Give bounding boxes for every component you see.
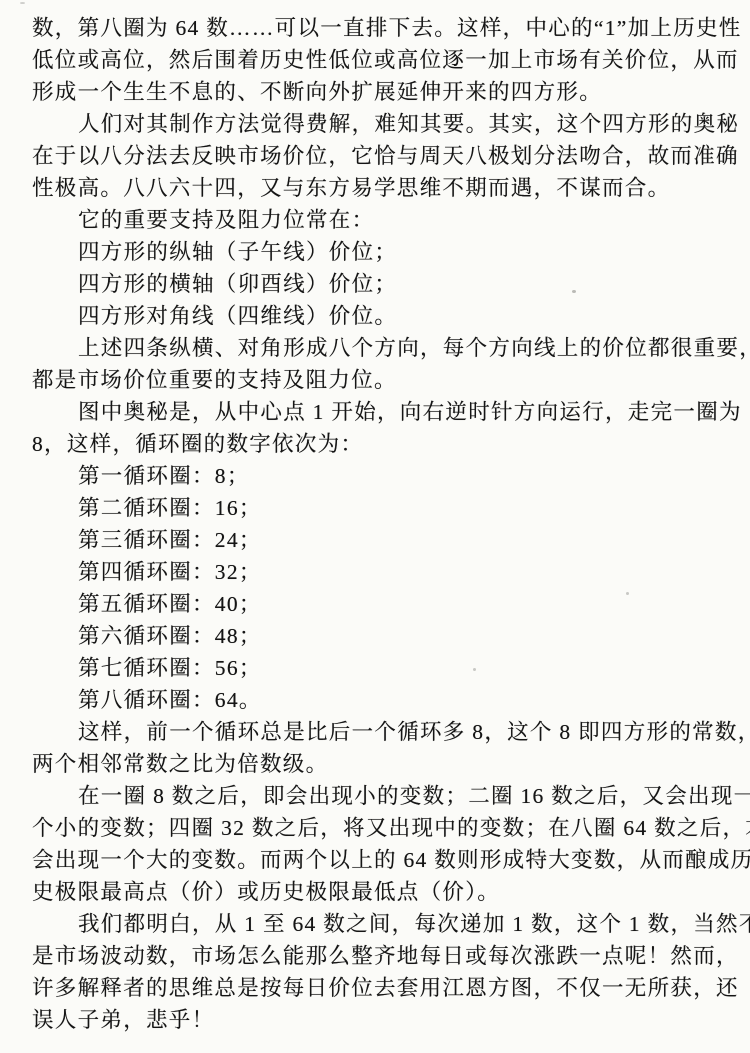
text-line: 数，第八圈为 64 数……可以一直排下去。这样，中心的“1”加上历史性	[32, 12, 722, 44]
text-line: 两个相邻常数之比为倍数级。	[32, 748, 722, 780]
text-line: 是市场波动数，市场怎么能那么整齐地每日或每次涨跌一点呢！然而，	[32, 940, 722, 972]
text-line: 第七循环圈：56；	[32, 652, 722, 684]
text-line: 这样，前一个循环总是比后一个循环多 8，这个 8 即四方形的常数，	[32, 716, 722, 748]
text-line: 第六循环圈：48；	[32, 620, 722, 652]
text-line: 许多解释者的思维总是按每日价位去套用江恩方图，不仅一无所获，还	[32, 972, 722, 1004]
text-line: 8，这样，循环圈的数字依次为：	[32, 428, 722, 460]
text-line: 误人子弟，悲乎！	[32, 1004, 722, 1036]
text-line: 它的重要支持及阻力位常在：	[32, 204, 722, 236]
text-line: 四方形对角线（四维线）价位。	[32, 300, 722, 332]
text-line: 性极高。八八六十四，又与东方易学思维不期而遇，不谋而合。	[32, 172, 722, 204]
text-line: 在一圈 8 数之后，即会出现小的变数；二圈 16 数之后，又会出现一	[32, 780, 722, 812]
scanned-book-page: 数，第八圈为 64 数……可以一直排下去。这样，中心的“1”加上历史性 低位或高…	[0, 0, 750, 1053]
text-line: 第八循环圈：64。	[32, 684, 722, 716]
text-line: 上述四条纵横、对角形成八个方向，每个方向线上的价位都很重要，	[32, 332, 722, 364]
text-line: 会出现一个大的变数。而两个以上的 64 数则形成特大变数，从而酿成历	[32, 844, 722, 876]
text-line: 图中奥秘是，从中心点 1 开始，向右逆时针方向运行，走完一圈为	[32, 396, 722, 428]
text-line: 第三循环圈：24；	[32, 524, 722, 556]
text-line: 我们都明白，从 1 至 64 数之间，每次递加 1 数，这个 1 数，当然不	[32, 908, 722, 940]
text-line: 形成一个生生不息的、不断向外扩展延伸开来的四方形。	[32, 76, 722, 108]
text-line: 四方形的横轴（卯酉线）价位；	[32, 268, 722, 300]
text-line: 都是市场价位重要的支持及阻力位。	[32, 364, 722, 396]
text-line: 第二循环圈：16；	[32, 492, 722, 524]
text-line: 低位或高位，然后围着历史性低位或高位逐一加上市场有关价位，从而	[32, 44, 722, 76]
text-line: 个小的变数；四圈 32 数之后，将又出现中的变数；在八圈 64 数之后，才	[32, 812, 722, 844]
text-line: 史极限最高点（价）或历史极限最低点（价）。	[32, 876, 722, 908]
text-line: 人们对其制作方法觉得费解，难知其要。其实，这个四方形的奥秘	[32, 108, 722, 140]
text-line: 四方形的纵轴（子午线）价位；	[32, 236, 722, 268]
text-line: 在于以八分法去反映市场价位，它恰与周天八极划分法吻合，故而准确	[32, 140, 722, 172]
text-line: 第五循环圈：40；	[32, 588, 722, 620]
text-line: 第四循环圈：32；	[32, 556, 722, 588]
text-line: 第一循环圈：8；	[32, 460, 722, 492]
body-text: 数，第八圈为 64 数……可以一直排下去。这样，中心的“1”加上历史性 低位或高…	[0, 0, 750, 1036]
